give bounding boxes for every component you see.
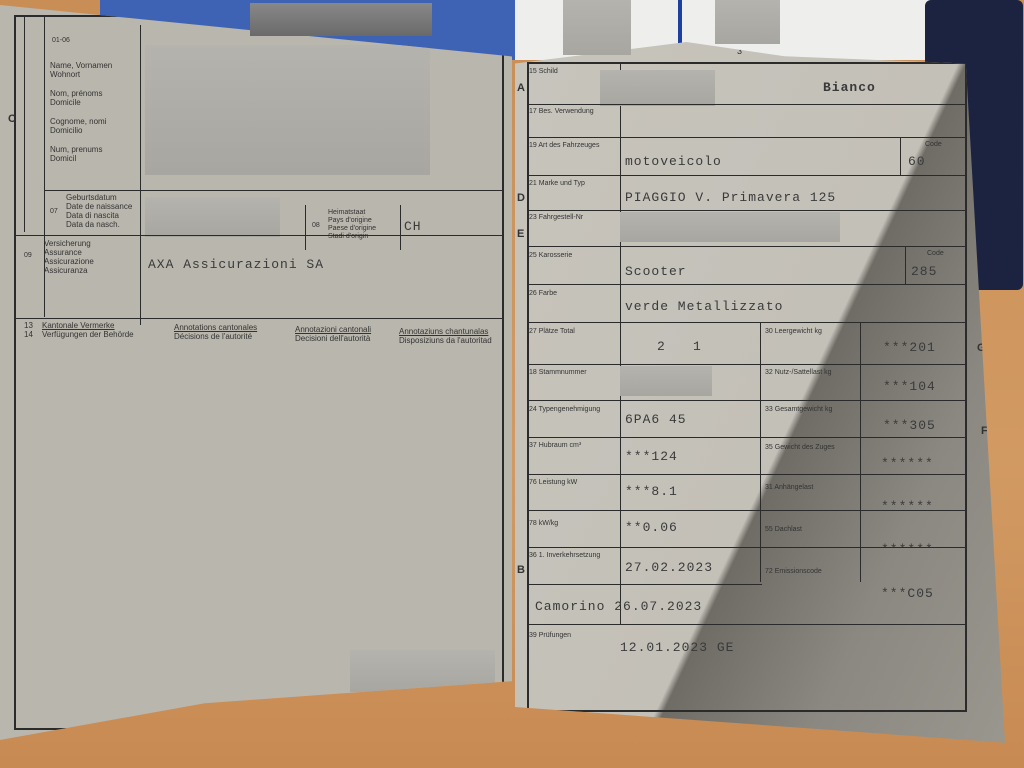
w32-labels: 32 Nutz-/Sattellast kg [765,369,832,377]
letter-a: A [517,82,525,94]
divider [860,322,861,582]
power-value: ***8.1 [625,484,678,499]
divider [400,205,401,250]
divider [527,322,967,323]
divider [14,235,504,236]
annotations-de: Kantonale VermerkeVerfügungen der Behörd… [42,321,134,339]
row-18-labels: 18 Stammnummer [529,369,587,377]
type-approval-value: 6PA6 45 [625,412,687,427]
divider [24,17,25,232]
w30-labels: 30 Leergewicht kg [765,328,822,336]
row-24-labels: 24 Typengenehmigung [529,406,600,414]
divider [527,246,967,247]
redacted-holder-name [145,45,430,175]
divider [44,190,504,191]
row-36-labels: 36 1. Inverkehrsetzung [529,552,600,560]
letter-f: F [981,425,988,437]
divider [527,400,967,401]
body-value: Scooter [625,264,687,279]
displacement-value: ***124 [625,449,678,464]
redacted-birthdate [145,197,280,237]
redacted-top-left [250,3,432,36]
divider [305,205,306,250]
divider [527,137,967,138]
vehicle-type-value: motoveicolo [625,154,722,169]
field-number-01-06: 01-06 [52,37,70,44]
row-78-labels: 78 kW/kg [529,520,558,528]
row-23-labels: 23 Fahrgestell-Nr [529,214,583,222]
row-17-labels: 17 Bes. Verwendung [529,108,594,116]
right-page: 3 A 15 Schild Bianco 17 Bes. Verwendung … [515,42,1005,757]
row-25-labels: 25 Karosserie [529,252,572,260]
divider [527,547,967,548]
roof-load-value: ****** [881,542,934,557]
letter-b: B [517,564,525,576]
left-page: C 01-06 Name, VornamenWohnort Nom, préno… [0,5,512,740]
annotations-it: Annotazioni cantonaliDecisioni dell'auto… [295,325,371,343]
w33-labels: 33 Gesamtgewicht kg [765,406,832,414]
row-21-labels: 21 Marke und Typ [529,180,585,188]
field-08-labels: HeimatstaatPays d'origine Paese d'origin… [328,209,376,241]
redacted-top-mid [563,0,631,55]
divider [527,584,762,585]
divider [905,246,906,284]
divider [527,210,967,211]
w72-labels: 72 Emissionscode [765,568,822,576]
redacted-chassis [620,212,840,242]
field-number-07: 07 [50,208,58,215]
divider [760,322,761,582]
row-39-labels: 39 Prüfungen [529,632,571,640]
letter-d: D [517,192,525,204]
annotations-rm: Annotaziuns chantunalasDisposiziuns da l… [399,327,492,345]
total-weight-value: ***305 [883,418,936,433]
first-registration-value: 27.02.2023 [625,560,713,575]
divider [527,510,967,511]
code-label: Code [925,141,942,148]
w55-labels: 55 Dachlast [765,526,802,534]
row-27-labels: 27 Plätze Total [529,328,575,336]
empty-weight-value: ***201 [883,340,936,355]
redacted-plate [600,70,715,106]
power-weight-ratio-value: **0.06 [625,520,678,535]
divider [900,137,901,175]
body-code: 285 [911,264,937,279]
row-76-labels: 76 Leistung kW [529,479,577,487]
redacted-matriculation [620,366,712,396]
payload-value: ***104 [883,379,936,394]
field-09-labels: VersicherungAssurance AssicurazioneAssic… [44,239,94,275]
divider [527,437,967,438]
seats-front-value: 1 [693,339,702,354]
emission-code-value: ***C05 [881,586,934,601]
row-19-labels: 19 Art des Fahrzeuges [529,142,599,150]
divider [527,624,967,625]
country-of-origin-value: CH [404,219,422,234]
field-number-08: 08 [312,222,320,229]
row-26-labels: 26 Farbe [529,290,557,298]
divider [527,104,967,105]
color-value: verde Metallizzato [625,299,783,314]
seats-total-value: 2 [657,339,666,354]
divider [527,474,967,475]
vehicle-type-code: 60 [908,154,926,169]
divider [140,25,141,325]
w31-labels: 31 Anhängelast [765,484,813,492]
insurance-value: AXA Assicurazioni SA [148,257,324,272]
redacted-top-right [715,0,780,44]
train-weight-value: ****** [881,456,934,471]
issue-place-date-value: Camorino 26.07.2023 [535,599,702,614]
field-01-06-labels: Name, VornamenWohnort Nom, prénomsDomici… [50,61,140,163]
code-label: Code [927,250,944,257]
divider [14,318,504,319]
plate-color-value: Bianco [823,80,876,95]
field-number-09: 09 [24,252,32,259]
annotations-fr: Annotations cantonalesDécisions de l'aut… [174,323,257,341]
section-letter-c: C [8,113,16,125]
field-13-14-numbers: 1314 [24,321,33,339]
make-model-value: PIAGGIO V. Primavera 125 [625,190,836,205]
w35-labels: 35 Gewicht des Zuges [765,444,835,452]
towing-load-value: ****** [881,499,934,514]
divider [527,284,967,285]
letter-g: G [977,342,986,354]
field-07-labels: GeburtsdatumDate de naissance Data di na… [66,193,132,229]
row-15-labels: 15 Schild [529,68,558,76]
divider [620,64,621,624]
row-37-labels: 37 Hubraum cm³ [529,442,581,450]
redacted-stamp [350,650,495,692]
inspection-value: 12.01.2023 GE [620,640,734,655]
divider [527,175,967,176]
divider [527,364,967,365]
letter-e: E [517,228,524,240]
